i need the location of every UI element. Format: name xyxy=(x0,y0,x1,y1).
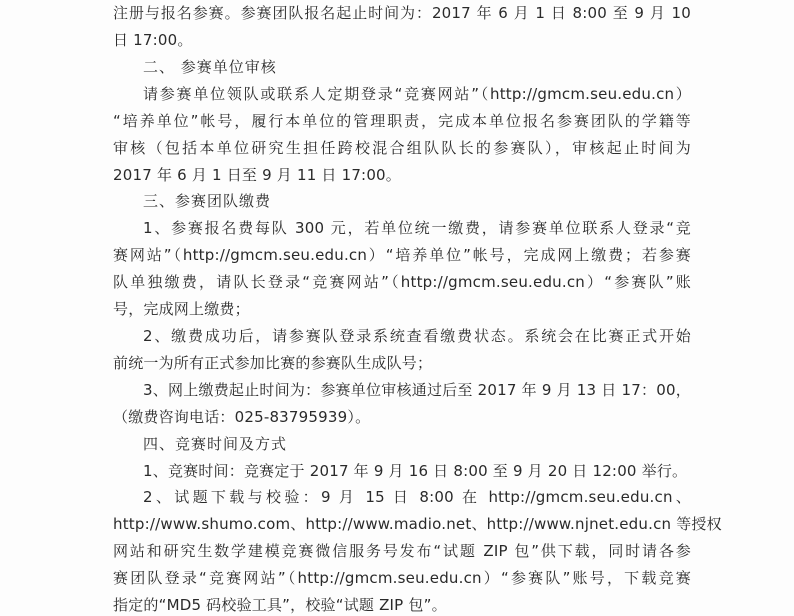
competition-item-1: 1、竞赛时间：竞赛定于 2017 年 9 月 16 日 8:00 至 9 月 2… xyxy=(143,461,691,481)
competition-item-2-line-1: 2、试题下载与校验：9 月 15 日 8:00 在 http://gmcm.se… xyxy=(143,487,691,507)
payment-item-1-line-3: 队单独缴费，请队长登录“竞赛网站”（http://gmcm.seu.edu.cn… xyxy=(113,272,691,292)
payment-item-1-line-1: 1、参赛报名费每队 300 元，若单位统一缴费，请参赛单位联系人登录“竞 xyxy=(143,218,691,238)
payment-item-2-line-1: 2、缴费成功后，请参赛队登录系统查看缴费状态。系统会在比赛正式开始 xyxy=(143,326,691,346)
payment-item-3-line-1: 3、网上缴费起止时间为：参赛单位审核通过后至 2017 年 9 月 13 日 1… xyxy=(143,380,691,400)
unit-review-paragraph-line-1: 请参赛单位领队或联系人定期登录“竞赛网站”（http://gmcm.seu.ed… xyxy=(143,84,691,104)
unit-review-paragraph-line-2: “培养单位”帐号，履行本单位的管理职责，完成本单位报名参赛团队的学籍等 xyxy=(113,111,691,131)
competition-item-2-line-5: 指定的“MD5 码校验工具”，校验“试题 ZIP 包”。 xyxy=(113,595,691,615)
payment-item-3-line-2: （缴费咨询电话：025-83795939）。 xyxy=(113,407,691,427)
competition-item-2-line-2: http://www.shumo.com、http://www.madio.ne… xyxy=(113,514,691,534)
document-page: 注册与报名参赛。参赛团队报名起止时间为：2017 年 6 月 1 日 8:00 … xyxy=(0,0,794,616)
payment-item-1-line-4: 号，完成网上缴费； xyxy=(113,299,691,319)
competition-item-2-line-4: 赛团队登录“竞赛网站”（http://gmcm.seu.edu.cn）“参赛队”… xyxy=(113,568,691,588)
competition-item-2-line-3: 网站和研究生数学建模竞赛微信服务号发布“试题 ZIP 包”供下载，同时请各参 xyxy=(113,541,691,561)
section-heading-unit-review: 二、 参赛单位审核 xyxy=(143,57,691,77)
section-heading-team-payment: 三、参赛团队缴费 xyxy=(143,191,691,211)
registration-period-line-2: 日 17:00。 xyxy=(113,30,691,50)
unit-review-paragraph-line-3: 审核（包括本单位研究生担任跨校混合组队队长的参赛队），审核起止时间为 xyxy=(113,138,691,158)
payment-item-2-line-2: 前统一为所有正式参加比赛的参赛队生成队号； xyxy=(113,353,691,373)
payment-item-1-line-2: 赛网站”（http://gmcm.seu.edu.cn）“培养单位”帐号，完成网… xyxy=(113,245,691,265)
section-heading-competition-time: 四、竞赛时间及方式 xyxy=(143,434,691,454)
registration-period-line-1: 注册与报名参赛。参赛团队报名起止时间为：2017 年 6 月 1 日 8:00 … xyxy=(113,3,691,23)
unit-review-paragraph-line-4: 2017 年 6 月 1 日至 9 月 11 日 17:00。 xyxy=(113,165,691,185)
